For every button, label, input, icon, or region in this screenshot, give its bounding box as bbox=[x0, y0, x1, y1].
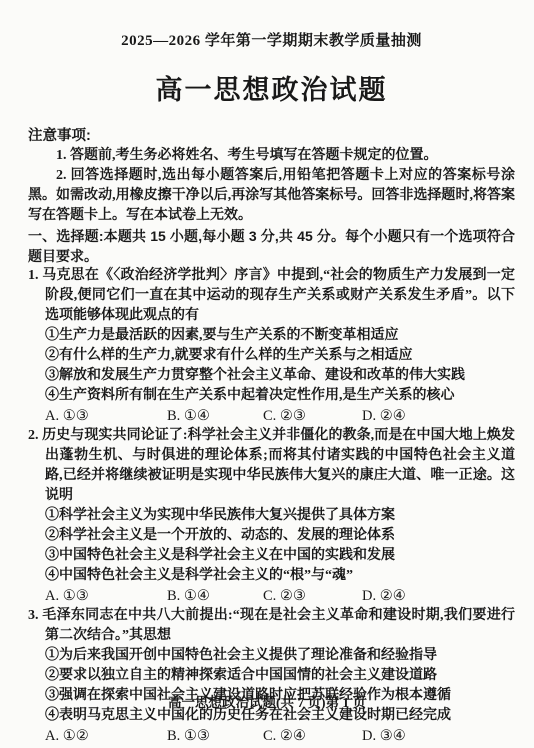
question-1-option-c: C. ②③ bbox=[263, 406, 362, 426]
question-2-item-1: ①科学社会主义为实现中华民族伟大复兴提供了具体方案 bbox=[45, 506, 515, 526]
question-2-item-2: ②科学社会主义是一个开放的、动态的、发展的理论体系 bbox=[45, 526, 515, 546]
exam-session-line: 2025—2026 学年第一学期期末教学质量抽测 bbox=[28, 32, 515, 50]
question-2-item-4: ④中国特色社会主义是科学社会主义的“根”与“魂” bbox=[45, 566, 515, 586]
question-3-option-a: A. ①② bbox=[45, 726, 167, 746]
question-2-option-b: B. ①④ bbox=[167, 586, 263, 606]
question-1-option-d: D. ②④ bbox=[362, 406, 406, 426]
section-heading: 一、选择题:本题共 15 小题,每小题 3 分,共 45 分。每个小题只有一个选… bbox=[28, 226, 515, 266]
question-3: 3. 毛泽东同志在中共八大前提出:“现在是社会主义革命和建设时期,我们要进行第二… bbox=[28, 606, 515, 746]
question-2-stem: 2. 历史与现实共同论证了:科学社会主义并非僵化的教条,而是在中国大地上焕发出蓬… bbox=[28, 426, 515, 506]
question-2-option-a: A. ①③ bbox=[45, 586, 167, 606]
question-1-option-b: B. ①④ bbox=[167, 406, 263, 426]
notice-item-2: 2. 回答选择题时,选出每小题答案后,用铅笔把答题卡上对应的答案标号涂黑。如需改… bbox=[28, 166, 515, 226]
question-1: 1. 马克思在《〈政治经济学批判〉序言》中提到,“社会的物质生产力发展到一定阶段… bbox=[28, 266, 515, 426]
page-footer: 高一思想政治试题(共 7 页)第 1 页 bbox=[0, 694, 534, 712]
question-3-option-d: D. ③④ bbox=[362, 726, 406, 746]
question-1-options-row: A. ①③ B. ①④ C. ②③ D. ②④ bbox=[45, 406, 515, 426]
notice-item-1: 1. 答题前,考生务必将姓名、考生号填写在答题卡规定的位置。 bbox=[28, 146, 515, 166]
question-3-option-b: B. ①③ bbox=[167, 726, 263, 746]
exam-page: 2025—2026 学年第一学期期末教学质量抽测 高一思想政治试题 注意事项: … bbox=[0, 0, 534, 748]
question-2-option-d: D. ②④ bbox=[362, 586, 406, 606]
question-2-item-3: ③中国特色社会主义是科学社会主义在中国的实践和发展 bbox=[45, 546, 515, 566]
question-1-item-3: ③解放和发展生产力贯穿整个社会主义革命、建设和改革的伟大实践 bbox=[45, 366, 515, 386]
question-1-item-2: ②有什么样的生产力,就要求有什么样的生产关系与之相适应 bbox=[45, 346, 515, 366]
question-3-options-row: A. ①② B. ①③ C. ②④ D. ③④ bbox=[45, 726, 515, 746]
question-3-stem: 3. 毛泽东同志在中共八大前提出:“现在是社会主义革命和建设时期,我们要进行第二… bbox=[28, 606, 515, 646]
question-1-option-a: A. ①③ bbox=[45, 406, 167, 426]
question-3-option-c: C. ②④ bbox=[263, 726, 362, 746]
question-1-item-1: ①生产力是最活跃的因素,要与生产关系的不断变革相适应 bbox=[45, 326, 515, 346]
page-title: 高一思想政治试题 bbox=[28, 72, 515, 108]
question-3-item-1: ①为后来我国开创中国特色社会主义提供了理论准备和经验指导 bbox=[45, 646, 515, 666]
notice-heading: 注意事项: bbox=[28, 126, 515, 146]
question-1-stem: 1. 马克思在《〈政治经济学批判〉序言》中提到,“社会的物质生产力发展到一定阶段… bbox=[28, 266, 515, 326]
question-3-item-2: ②要求以独立自主的精神探索适合中国国情的社会主义建设道路 bbox=[45, 666, 515, 686]
question-2: 2. 历史与现实共同论证了:科学社会主义并非僵化的教条,而是在中国大地上焕发出蓬… bbox=[28, 426, 515, 606]
question-2-option-c: C. ②③ bbox=[263, 586, 362, 606]
question-2-options-row: A. ①③ B. ①④ C. ②③ D. ②④ bbox=[45, 586, 515, 606]
question-1-item-4: ④生产资料所有制在生产关系中起着决定性作用,是生产关系的核心 bbox=[45, 386, 515, 406]
